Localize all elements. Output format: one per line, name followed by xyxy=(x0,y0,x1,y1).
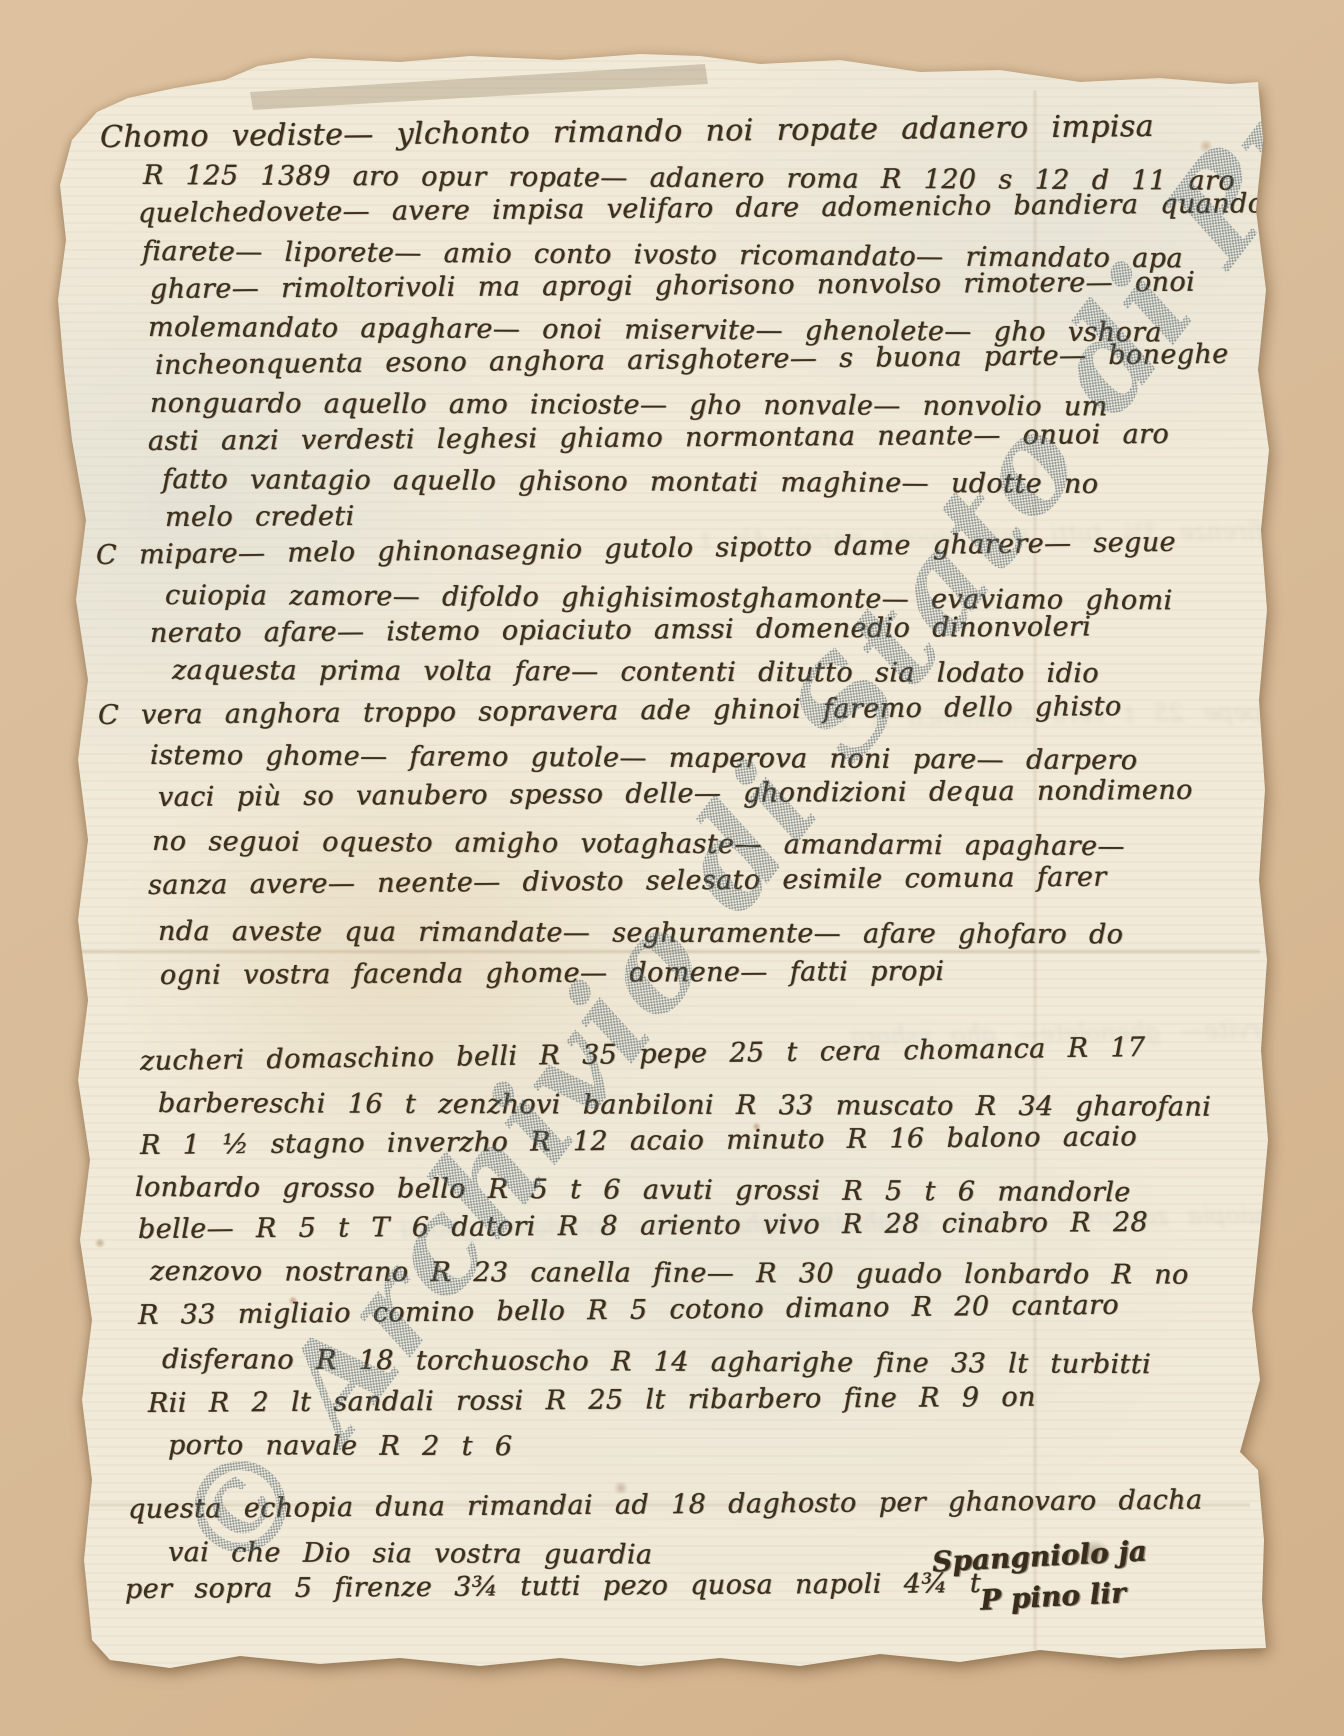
manuscript-line: zaquesta prima volta fare— contenti ditu… xyxy=(172,655,1099,689)
paper-shadow-wrap: per sopra 5 firenze 3¾ tutti pezo quosa … xyxy=(0,0,1344,1736)
manuscript-line: lonbardo grosso bello R 5 t 6 avuti gros… xyxy=(135,1172,1131,1208)
manuscript-line: Chomo vediste— ylchonto rimando noi ropa… xyxy=(100,109,1154,155)
manuscript-line: nda aveste qua rimandate— seghuramente— … xyxy=(158,916,1123,950)
manuscript-line: vai che Dio sia vostra guardia xyxy=(168,1537,653,1571)
manuscript-line: istemo ghome— faremo gutole— maperova no… xyxy=(150,740,1138,776)
manuscript-line: ghare— rimoltorivoli ma aprogi ghorisono… xyxy=(150,267,1195,305)
manuscript-line: incheonquenta esono anghora arisghotere—… xyxy=(155,339,1229,381)
manuscript-line: no seguoi oquesto amigho votaghaste— ama… xyxy=(152,826,1125,862)
stain xyxy=(1198,140,1214,152)
manuscript-line: R 1 ½ stagno inverzho R 12 acaio minuto … xyxy=(140,1121,1137,1161)
manuscript-line: asti anzi verdesti leghesi ghiamo normon… xyxy=(148,419,1169,457)
manuscript-line: vaci più so vanubero spesso delle— ghond… xyxy=(158,775,1193,813)
manuscript-line: per sopra 5 firenze 3¾ tutti pezo quosa … xyxy=(125,1568,981,1605)
manuscript-line: Rii R 2 lt sandali rossi R 25 lt ribarbe… xyxy=(148,1382,1036,1419)
manuscript-line: barbereschi 16 t zenzhovi banbiloni R 33… xyxy=(158,1088,1211,1123)
manuscript-line: questa echopia duna rimandai ad 18 dagho… xyxy=(128,1485,1203,1525)
signature-line: Spangniolo ja xyxy=(931,1534,1147,1578)
manuscript-line: zucheri domaschino belli R 35 pepe 25 t … xyxy=(140,1032,1146,1077)
scanner-background: per sopra 5 firenze 3¾ tutti pezo quosa … xyxy=(0,0,1344,1736)
manuscript-line: nerato afare— istemo opiaciuto amssi dom… xyxy=(150,611,1091,649)
manuscript-line: disferano R 18 torchuoscho R 14 agharigh… xyxy=(162,1344,1151,1380)
manuscript-line: belle— R 5 t T 6 datori R 8 ariento vivo… xyxy=(138,1207,1148,1245)
stain xyxy=(94,1238,106,1248)
manuscript-line: zenzovo nostrano R 23 canella fine— R 30… xyxy=(150,1256,1189,1291)
signature-line: P pino lir xyxy=(979,1576,1126,1617)
manuscript-line: ogni vostra facenda ghome— domene— fatti… xyxy=(160,956,945,991)
manuscript-line: nonguardo aquello amo incioste— gho nonv… xyxy=(150,388,1108,422)
manuscript-paper: per sopra 5 firenze 3¾ tutti pezo quosa … xyxy=(0,0,1344,1736)
manuscript-line: porto navale R 2 t 6 xyxy=(168,1430,513,1462)
manuscript-line: R 33 migliaio comino bello R 5 cotono di… xyxy=(138,1290,1119,1331)
manuscript-line: C mipare— melo ghinonasegnio gutolo sipo… xyxy=(96,527,1176,571)
manuscript-line: quelchedovete— avere impisa velifaro dar… xyxy=(138,188,1265,229)
manuscript-line: melo credeti xyxy=(165,501,355,533)
manuscript-line: cuiopia zamore— difoldo ghighisimostgham… xyxy=(165,580,1173,616)
manuscript-line: fatto vantagio aquello ghisono montati m… xyxy=(162,464,1099,500)
manuscript-line: sanza avere— neente— divosto selesato es… xyxy=(148,862,1107,901)
